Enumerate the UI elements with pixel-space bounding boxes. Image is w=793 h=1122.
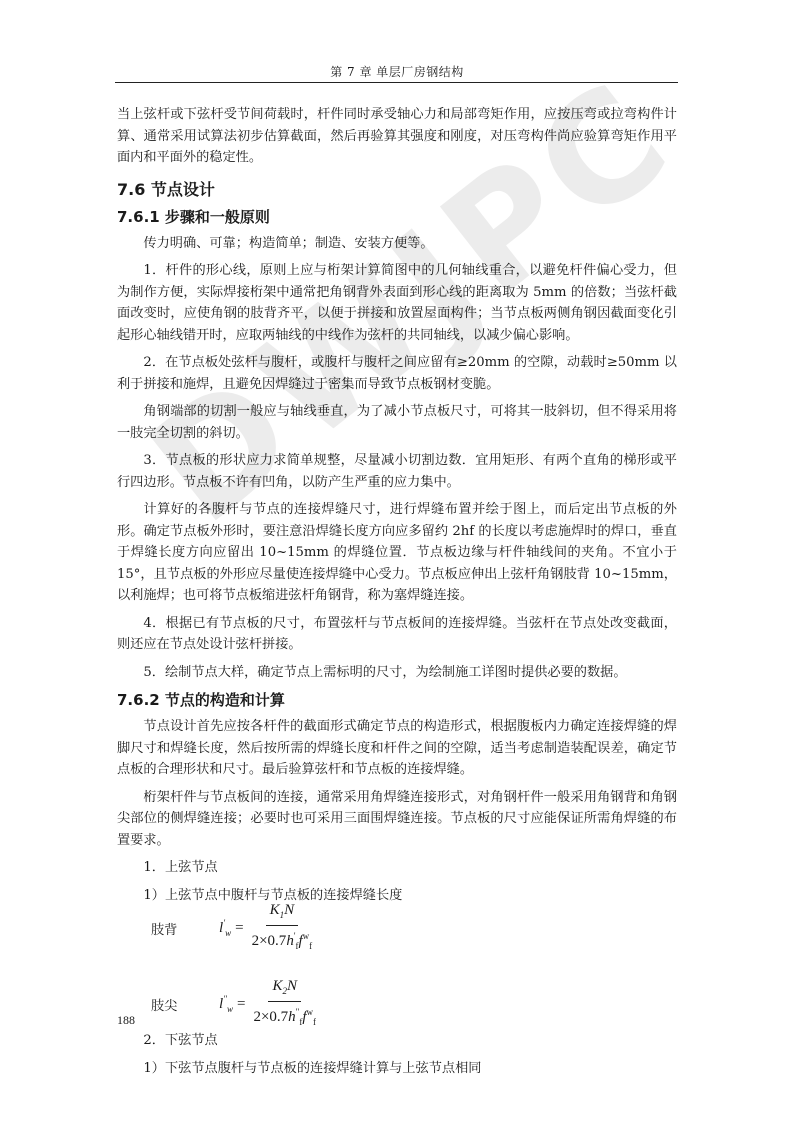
list-item: 1）下弦节点腹杆与节点板的连接焊缝计算与上弦节点相同 [117, 1058, 677, 1080]
paragraph: 计算好的各腹杆与节点的连接焊缝尺寸，进行焊缝布置并绘于图上，而后定出节点板的外形… [117, 499, 677, 607]
formula-label: 肢背 [117, 919, 219, 938]
paragraph: 传力明确、可靠；构造简单；制造、安装方便等。 [117, 233, 677, 255]
document-page: DWJPC 第 7 章 单层厂房钢结构 当上弦杆或下弦杆受节间荷载时，杆件同时承… [0, 0, 793, 1122]
list-item: 1）上弦节点中腹杆与节点板的连接焊缝长度 [117, 885, 677, 907]
paragraph: 2．在节点板处弦杆与腹杆，或腹杆与腹杆之间应留有≥20mm 的空隙，动载时≥50… [117, 352, 677, 395]
paragraph: 3．节点板的形状应力求简单规整，尽量减小切割边数．宜用矩形、有两个直角的梯形或平… [117, 450, 677, 493]
page-content: 当上弦杆或下弦杆受节间荷载时，杆件同时承受轴心力和局部弯矩作用，应按压弯或拉弯构… [117, 104, 677, 1085]
paragraph: 1．杆件的形心线，原则上应与桁架计算简图中的几何轴线重合，以避免杆件偏心受力，但… [117, 260, 677, 346]
paragraph: 桁架杆件与节点板间的连接，通常采用角焊缝连接形式，对角钢杆件一般采用角钢背和角钢… [117, 787, 677, 852]
paragraph: 4．根据已有节点板的尺寸，布置弦杆与节点板间的连接焊缝。当弦杆在节点处改变截面，… [117, 613, 677, 656]
denominator: 2×0.7h"ffwf [249, 1002, 320, 1032]
formula-label: 肢尖 [117, 995, 219, 1014]
equals-sign: = [237, 996, 245, 1013]
formula-tip-weld: 肢尖 l"w = K2N 2×0.7h"ffwf [117, 982, 677, 1026]
formula-lhs: l"w [219, 994, 233, 1014]
formula-back-weld: 肢背 l'w = K1N 2×0.7h'ffwf [117, 906, 677, 950]
denominator: 2×0.7h'ffwf [248, 926, 317, 956]
formula-lhs: l'w [219, 918, 231, 938]
section-heading-7-6: 7.6 节点设计 [117, 177, 677, 200]
paragraph: 节点设计首先应按各杆件的截面形式确定节点的构造形式，根据腹板内力确定连接焊缝的焊… [117, 716, 677, 781]
paragraph: 角钢端部的切割一般应与轴线垂直，为了减小节点板尺寸，可将其一肢斜切，但不得采用将… [117, 401, 677, 444]
subsection-heading-7-6-1: 7.6.1 步骤和一般原则 [117, 206, 677, 227]
spacer [117, 954, 677, 982]
intro-paragraph: 当上弦杆或下弦杆受节间荷载时，杆件同时承受轴心力和局部弯矩作用，应按压弯或拉弯构… [117, 104, 677, 169]
equals-sign: = [235, 920, 243, 937]
numerator: K2N [268, 976, 301, 1002]
formula-fraction: K1N 2×0.7h'ffwf [248, 900, 317, 956]
list-item: 2．下弦节点 [117, 1030, 677, 1052]
subsection-heading-7-6-2: 7.6.2 节点的构造和计算 [117, 689, 677, 710]
header-rule [115, 82, 678, 83]
paragraph: 5．绘制节点大样，确定节点上需标明的尺寸，为绘制施工详图时提供必要的数据。 [117, 662, 677, 684]
formula-fraction: K2N 2×0.7h"ffwf [249, 976, 320, 1032]
running-header: 第 7 章 单层厂房钢结构 [117, 63, 677, 80]
numerator: K1N [266, 900, 299, 926]
page-number: 188 [117, 1013, 135, 1028]
list-item: 1．上弦节点 [117, 857, 677, 879]
